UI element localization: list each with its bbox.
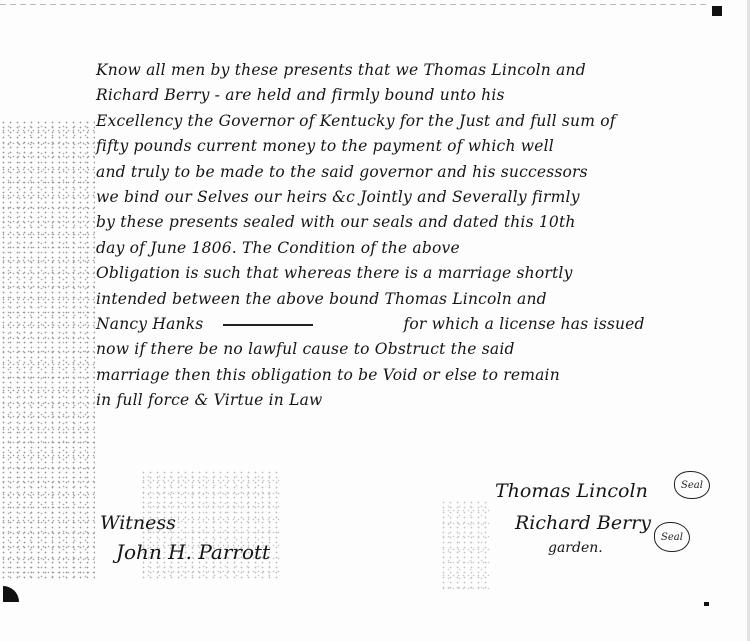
- text-line: in full force & Virtue in Law: [96, 388, 736, 413]
- text-line: marriage then this obligation to be Void…: [96, 363, 736, 388]
- text-line: we bind our Selves our heirs &c Jointly …: [96, 185, 736, 210]
- scan-corner-mark: [3, 586, 19, 602]
- paper-stain-texture: [0, 120, 95, 580]
- text-line: intended between the above bound Thomas …: [96, 287, 736, 312]
- text-line: Richard Berry - are held and firmly boun…: [96, 83, 736, 108]
- witness-label: Witness: [100, 512, 176, 534]
- text-line: Nancy Hanksfor which a license has issue…: [96, 312, 736, 337]
- text-line: and truly to be made to the said governo…: [96, 160, 736, 185]
- text-line: Excellency the Governor of Kentucky for …: [96, 109, 736, 134]
- text-line: now if there be no lawful cause to Obstr…: [96, 337, 736, 362]
- scan-corner-mark: [712, 6, 722, 16]
- text-line: by these presents sealed with our seals …: [96, 210, 736, 235]
- signature-thomas-lincoln: Thomas Lincoln: [495, 480, 648, 502]
- blank-rule: [223, 324, 313, 325]
- signature-annotation: garden.: [548, 540, 603, 556]
- seal-icon: Seal: [674, 471, 710, 499]
- license-clause: for which a license has issued: [403, 315, 644, 333]
- scanned-document-page: Know all men by these presents that we T…: [0, 0, 750, 641]
- bond-text-body: Know all men by these presents that we T…: [96, 58, 736, 413]
- text-line: day of June 1806. The Condition of the a…: [96, 236, 736, 261]
- scan-speck: [704, 602, 709, 606]
- seal-icon: Seal: [654, 522, 690, 552]
- scan-edge-rule: [0, 4, 710, 5]
- text-line: Know all men by these presents that we T…: [96, 58, 736, 83]
- paper-stain-texture: [440, 500, 490, 590]
- text-line: Obligation is such that whereas there is…: [96, 261, 736, 286]
- signature-richard-berry: Richard Berry: [515, 512, 651, 534]
- witness-signature: John H. Parrott: [116, 540, 270, 564]
- bride-name: Nancy Hanks: [96, 315, 203, 333]
- text-line: fifty pounds current money to the paymen…: [96, 134, 736, 159]
